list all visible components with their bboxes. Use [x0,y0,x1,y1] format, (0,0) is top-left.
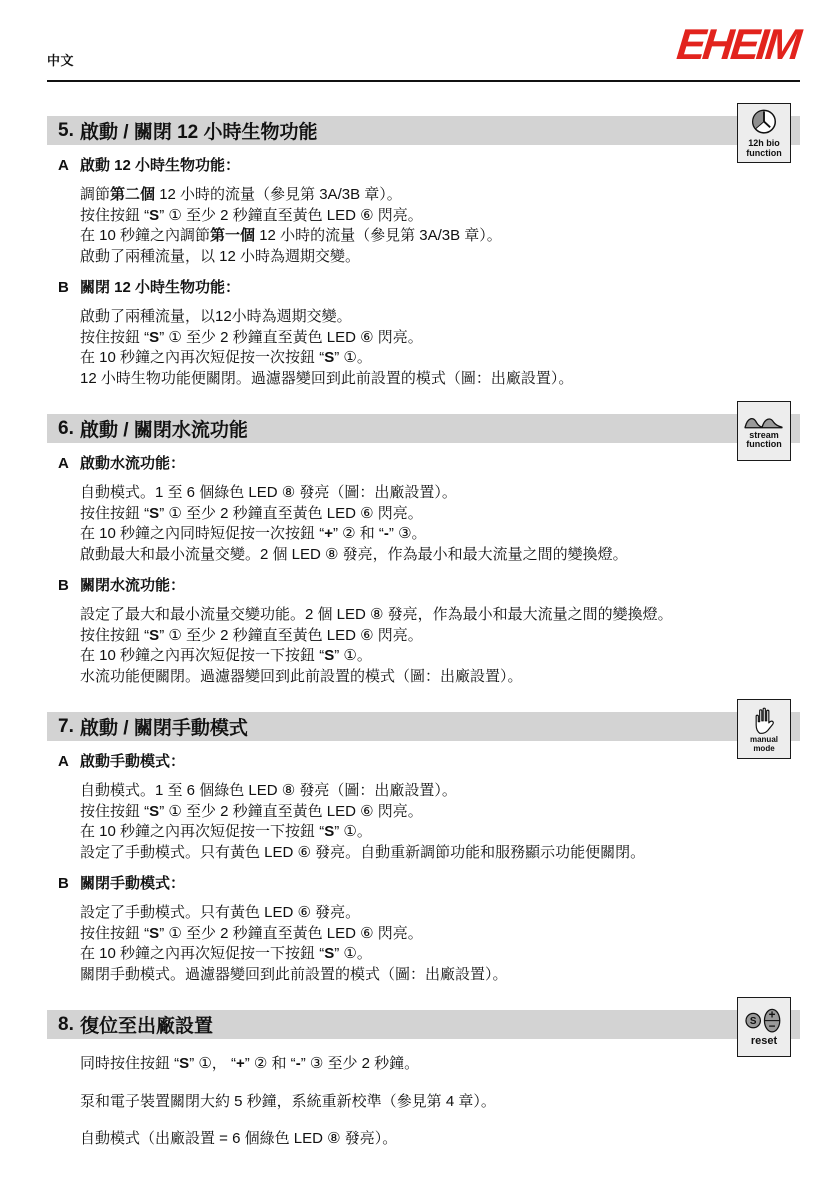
block-head: B關閉水流功能： [58,577,800,595]
instruction-lines: 設定了手動模式。只有黃色 LED ⑥ 發亮。按住按鈕 “S” ① 至少 2 秒鐘… [80,903,800,985]
block-marker: A [58,157,80,175]
instruction-line: 設定了手動模式。只有黃色 LED ⑥ 發亮。 [80,903,800,924]
manual-page: 中文 EHEIM 5. 啟動 / 關閉 12 小時生物功能 12h bio fu… [0,0,839,1191]
section-blocks: A啟動 12 小時生物功能：調節第二個 12 小時的流量（參見第 3A/3B 章… [47,157,800,389]
instruction-block: A啟動手動模式：自動模式。1 至 6 個綠色 LED ⑧ 發亮（圖：出廠設置）。… [58,753,800,863]
section-6: 6. 啟動 / 關閉水流功能 stream function A啟動水流功能：自… [47,414,800,687]
header-divider [47,80,800,82]
instruction-block: A啟動 12 小時生物功能：調節第二個 12 小時的流量（參見第 3A/3B 章… [58,157,800,267]
section-5: 5. 啟動 / 關閉 12 小時生物功能 12h bio function A啟… [47,116,800,389]
content: 5. 啟動 / 關閉 12 小時生物功能 12h bio function A啟… [47,116,800,1150]
block-heading: 啟動水流功能： [80,455,185,473]
instruction-block: A啟動水流功能：自動模式。1 至 6 個綠色 LED ⑧ 發亮（圖：出廠設置）。… [58,455,800,565]
instruction-line: 在 10 秒鐘之內同時短促按一次按鈕 “+” ② 和 “-” ③。 [80,524,800,545]
section-number: 5. [47,120,80,142]
instruction-line: 在 10 秒鐘之內再次短促按一下按鈕 “S” ①。 [80,646,800,667]
reset-icon: S+− reset [737,997,791,1057]
section-header-bar: 6. 啟動 / 關閉水流功能 [47,414,800,443]
instruction-lines: 自動模式。1 至 6 個綠色 LED ⑧ 發亮（圖：出廠設置）。按住按鈕 “S”… [80,483,800,565]
block-heading: 啟動 12 小時生物功能： [80,157,240,175]
block-marker: B [58,279,80,297]
instruction-line: 水流功能便關閉。過濾器變回到此前設置的模式（圖：出廠設置）。 [80,667,800,688]
instruction-lines: 調節第二個 12 小時的流量（參見第 3A/3B 章）。按住按鈕 “S” ① 至… [80,185,800,267]
block-heading: 關閉 12 小時生物功能： [80,279,240,297]
block-heading: 關閉水流功能： [80,577,185,595]
section-header-bar: 5. 啟動 / 關閉 12 小時生物功能 [47,116,800,145]
block-head: A啟動水流功能： [58,455,800,473]
instruction-line: 自動模式。1 至 6 個綠色 LED ⑧ 發亮（圖：出廠設置）。 [80,781,800,802]
block-head: A啟動手動模式： [58,753,800,771]
instruction-block: 同時按住按鈕 “S” ①， “+” ② 和 “-” ③ 至少 2 秒鐘。泵和電子… [58,1054,800,1150]
instruction-lines: 自動模式。1 至 6 個綠色 LED ⑧ 發亮（圖：出廠設置）。按住按鈕 “S”… [80,781,800,863]
instruction-line: 按住按鈕 “S” ① 至少 2 秒鐘直至黃色 LED ⑥ 閃亮。 [80,504,800,525]
icon-label: reset [751,1036,777,1047]
section-title: 啟動 / 關閉 12 小時生物功能 [80,117,318,144]
instruction-line: 在 10 秒鐘之內再次短促按一下按鈕 “S” ①。 [80,944,800,965]
section-title: 啟動 / 關閉手動模式 [80,713,248,740]
icon-glyph: S+− [743,1008,785,1035]
section-header-bar: 8. 復位至出廠設置 [47,1010,800,1039]
section-header-bar: 7. 啟動 / 關閉手動模式 [47,712,800,741]
icon-label: manual mode [750,736,778,753]
instruction-line: 關閉手動模式。過濾器變回到此前設置的模式（圖：出廠設置）。 [80,965,800,986]
section-number: 8. [47,1014,80,1036]
stream-function-icon: stream function [737,401,791,461]
block-marker: A [58,753,80,771]
icon-label: stream function [746,431,782,450]
svg-text:−: − [769,1020,776,1033]
paragraph: 泵和電子裝置關閉大約 5 秒鐘，系統重新校準（參見第 4 章）。 [80,1092,800,1113]
paragraph: 同時按住按鈕 “S” ①， “+” ② 和 “-” ③ 至少 2 秒鐘。 [80,1054,800,1075]
section-8: 8. 復位至出廠設置 S+− reset 同時按住按鈕 “S” ①， “+” ②… [47,1010,800,1150]
manual-mode-icon: manual mode [737,699,791,759]
instruction-line: 啟動了兩種流量，以12小時為週期交變。 [80,307,800,328]
instruction-line: 啟動最大和最小流量交變。2 個 LED ⑧ 發亮，作為最小和最大流量之間的變換燈… [80,545,800,566]
block-heading: 啟動手動模式： [80,753,185,771]
instruction-block: B關閉手動模式：設定了手動模式。只有黃色 LED ⑥ 發亮。按住按鈕 “S” ①… [58,875,800,985]
instruction-line: 按住按鈕 “S” ① 至少 2 秒鐘直至黃色 LED ⑥ 閃亮。 [80,626,800,647]
instruction-line: 按住按鈕 “S” ① 至少 2 秒鐘直至黃色 LED ⑥ 閃亮。 [80,802,800,823]
instruction-line: 調節第二個 12 小時的流量（參見第 3A/3B 章）。 [80,185,800,206]
section-number: 6. [47,418,80,440]
instruction-line: 在 10 秒鐘之內再次短促按一次按鈕 “S” ①。 [80,348,800,369]
section-blocks: A啟動手動模式：自動模式。1 至 6 個綠色 LED ⑧ 發亮（圖：出廠設置）。… [47,753,800,985]
instruction-line: 按住按鈕 “S” ① 至少 2 秒鐘直至黃色 LED ⑥ 閃亮。 [80,328,800,349]
instruction-line: 自動模式。1 至 6 個綠色 LED ⑧ 發亮（圖：出廠設置）。 [80,483,800,504]
instruction-line: 設定了最大和最小流量交變功能。2 個 LED ⑧ 發亮，作為最小和最大流量之間的… [80,605,800,626]
instruction-line: 按住按鈕 “S” ① 至少 2 秒鐘直至黃色 LED ⑥ 閃亮。 [80,924,800,945]
section-blocks: 同時按住按鈕 “S” ①， “+” ② 和 “-” ③ 至少 2 秒鐘。泵和電子… [47,1054,800,1150]
block-marker: B [58,875,80,893]
section-number: 7. [47,716,80,738]
block-head: B關閉手動模式： [58,875,800,893]
instruction-line: 在 10 秒鐘之內再次短促按一下按鈕 “S” ①。 [80,822,800,843]
block-marker: A [58,455,80,473]
page-header: 中文 EHEIM [47,0,800,82]
instruction-line: 在 10 秒鐘之內調節第一個 12 小時的流量（參見第 3A/3B 章）。 [80,226,800,247]
instruction-block: B關閉水流功能：設定了最大和最小流量交變功能。2 個 LED ⑧ 發亮，作為最小… [58,577,800,687]
eheim-logo: EHEIM [675,24,801,67]
section-title: 復位至出廠設置 [80,1011,213,1038]
instruction-line: 按住按鈕 “S” ① 至少 2 秒鐘直至黃色 LED ⑥ 閃亮。 [80,206,800,227]
section-title: 啟動 / 關閉水流功能 [80,415,248,442]
icon-glyph [748,108,780,138]
12h-bio-function-icon: 12h bio function [737,103,791,163]
instruction-block: B關閉 12 小時生物功能：啟動了兩種流量，以12小時為週期交變。按住按鈕 “S… [58,279,800,389]
block-marker: B [58,577,80,595]
block-head: A啟動 12 小時生物功能： [58,157,800,175]
instruction-lines: 啟動了兩種流量，以12小時為週期交變。按住按鈕 “S” ① 至少 2 秒鐘直至黃… [80,307,800,389]
instruction-line: 12 小時生物功能便關閉。過濾器變回到此前設置的模式（圖：出廠設置）。 [80,369,800,390]
block-head: B關閉 12 小時生物功能： [58,279,800,297]
instruction-lines: 設定了最大和最小流量交變功能。2 個 LED ⑧ 發亮，作為最小和最大流量之間的… [80,605,800,687]
paragraph: 自動模式（出廠設置 = 6 個綠色 LED ⑧ 發亮）。 [80,1129,800,1150]
icon-glyph [752,705,777,735]
section-7: 7. 啟動 / 關閉手動模式 manual mode A啟動手動模式：自動模式。… [47,712,800,985]
instruction-line: 啟動了兩種流量，以 12 小時為週期交變。 [80,247,800,268]
icon-glyph [744,413,784,430]
instruction-line: 設定了手動模式。只有黃色 LED ⑥ 發亮。自動重新調節功能和服務顯示功能便關閉… [80,843,800,864]
icon-label: 12h bio function [746,139,782,158]
block-heading: 關閉手動模式： [80,875,185,893]
svg-text:S: S [750,1016,757,1027]
section-blocks: A啟動水流功能：自動模式。1 至 6 個綠色 LED ⑧ 發亮（圖：出廠設置）。… [47,455,800,687]
